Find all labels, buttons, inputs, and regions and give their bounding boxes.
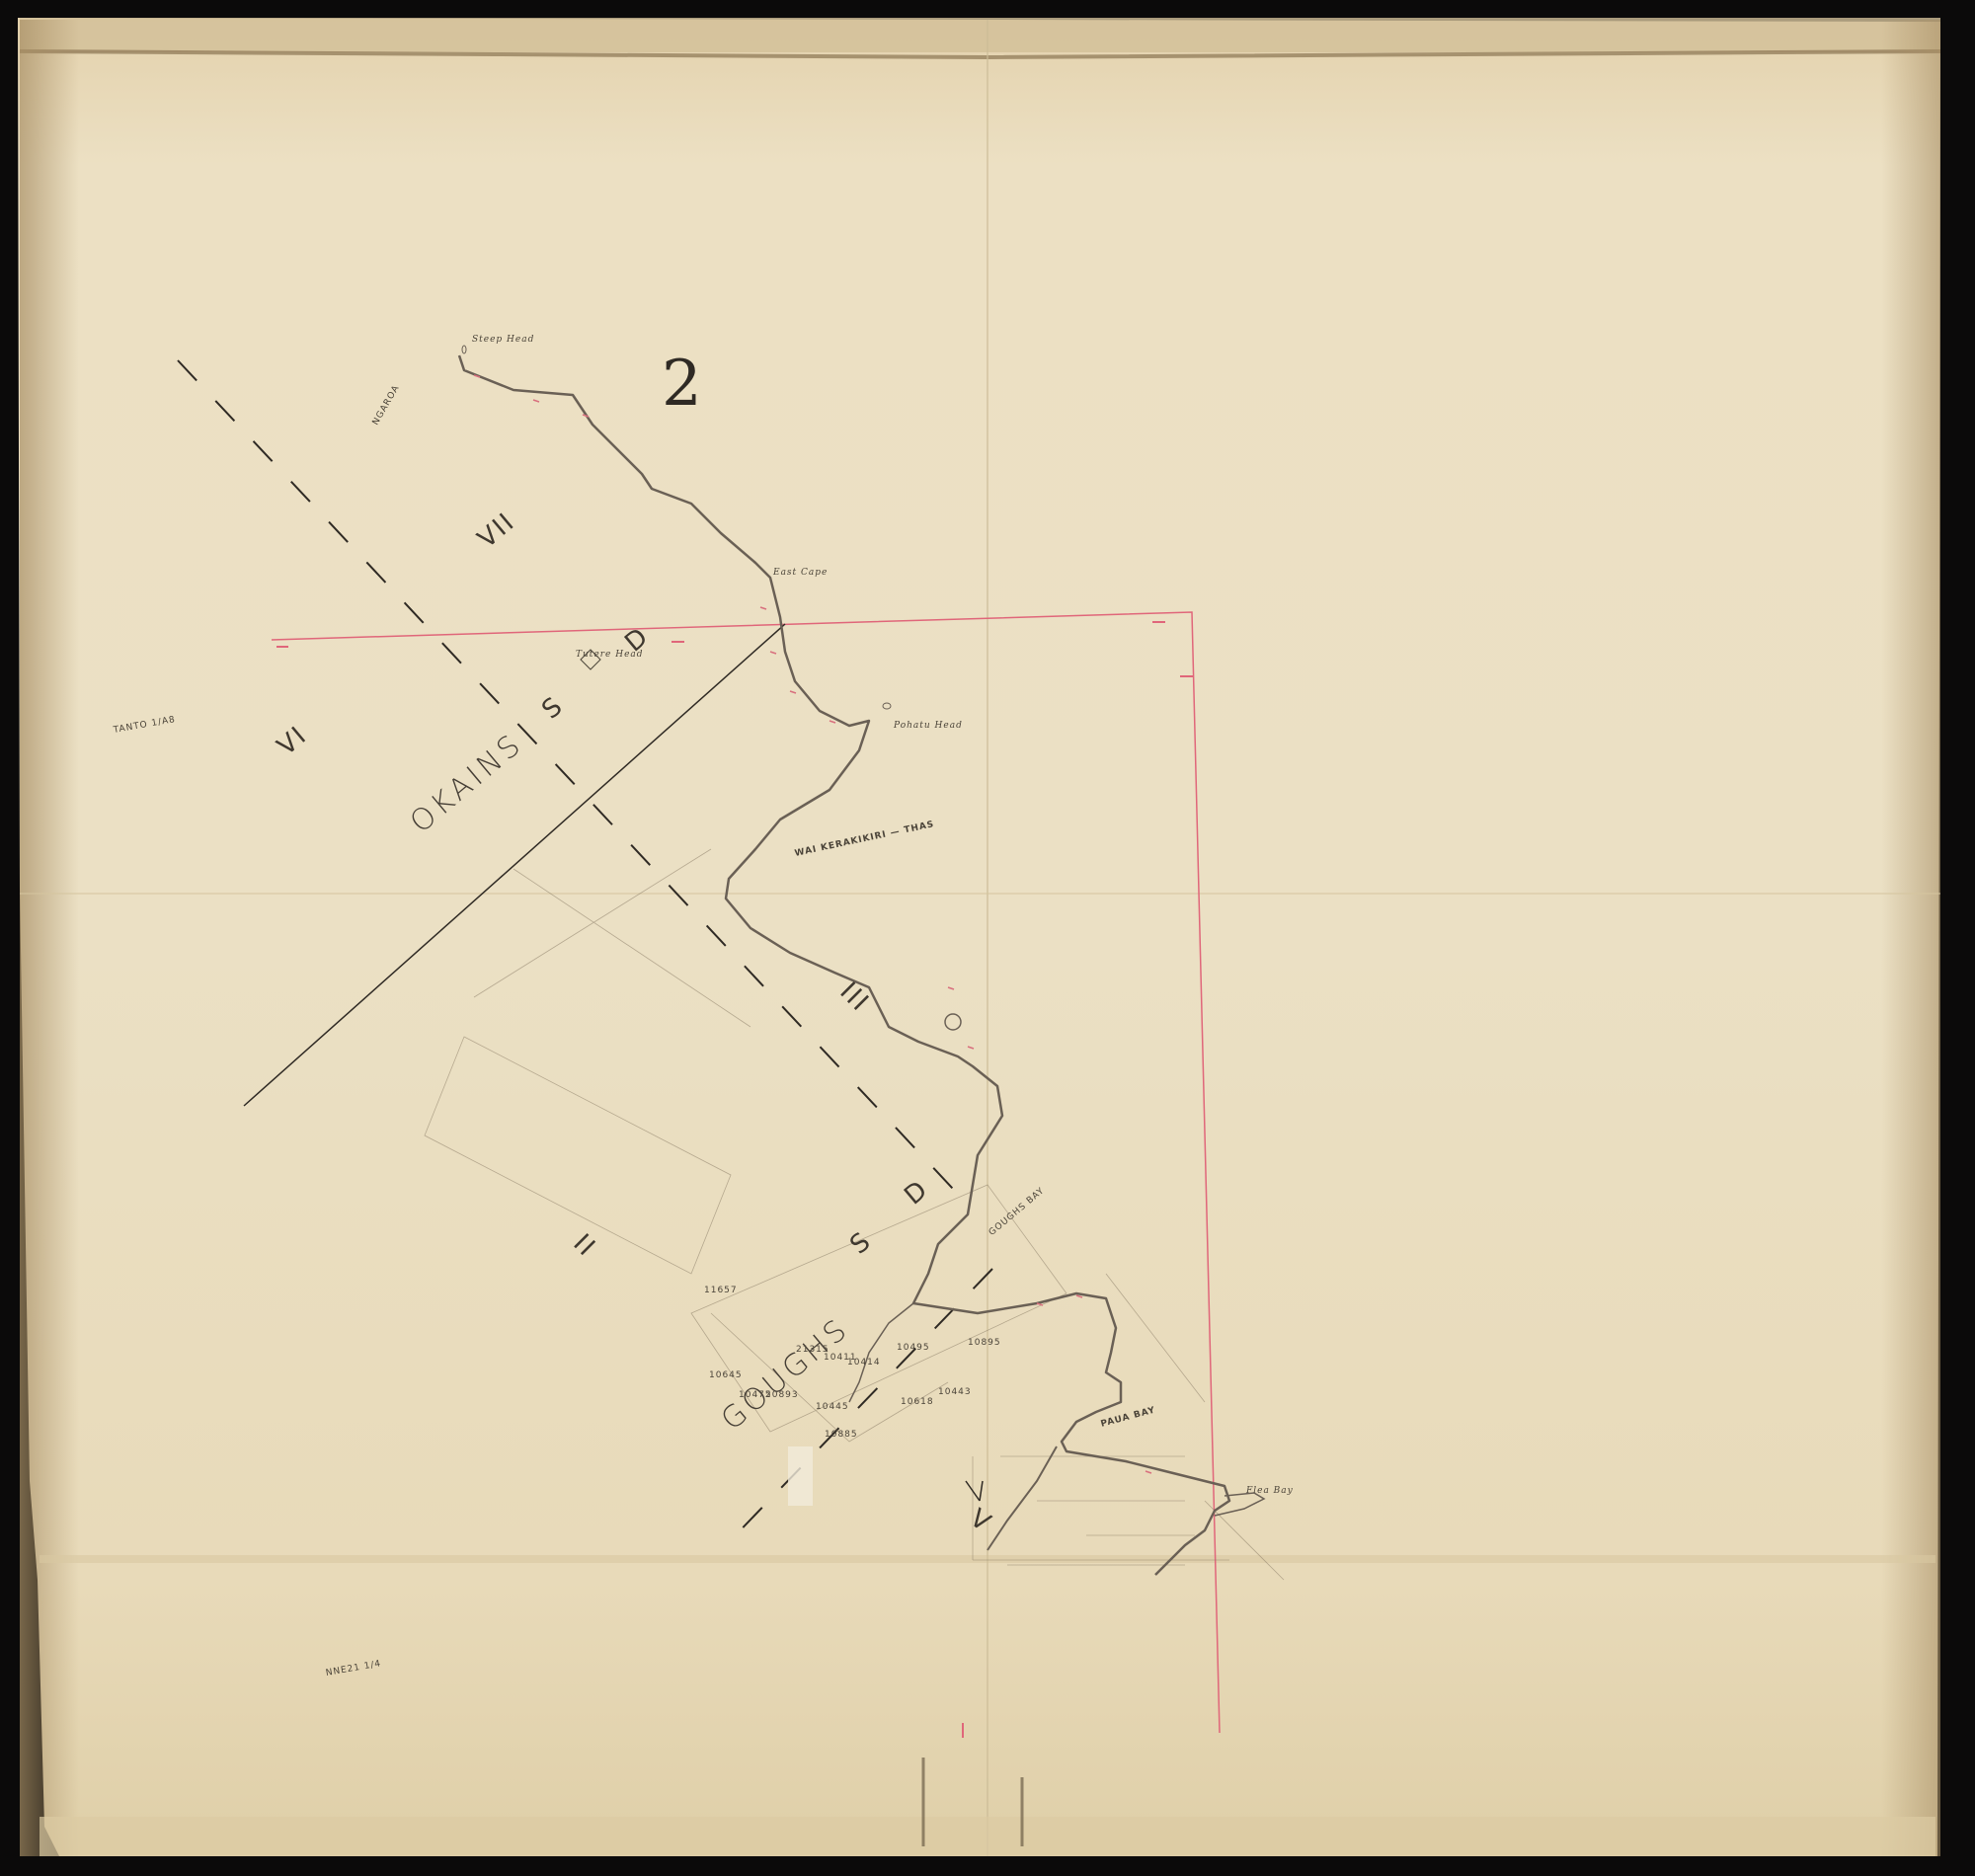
place-flea-bay: Flea Bay bbox=[1246, 1486, 1294, 1496]
section-number: 20893 bbox=[765, 1390, 799, 1400]
section-number: 10445 bbox=[816, 1402, 849, 1412]
section-number: 11657 bbox=[704, 1286, 738, 1295]
section-number: 10414 bbox=[847, 1358, 881, 1368]
top-fold-strip bbox=[20, 18, 1940, 52]
place-tutere-head: Tutere Head bbox=[576, 650, 644, 660]
right-edge-stain bbox=[1881, 20, 1940, 1856]
section-number: 10645 bbox=[709, 1370, 743, 1380]
paper-sheet bbox=[18, 18, 1940, 1856]
section-number: 10618 bbox=[901, 1397, 934, 1407]
bottom-fold-strip bbox=[39, 1817, 1935, 1856]
place-pohatu-head: Pohatu Head bbox=[894, 721, 963, 731]
section-number: 10443 bbox=[938, 1387, 972, 1397]
section-number: 10495 bbox=[897, 1343, 930, 1353]
section-number: 10895 bbox=[968, 1338, 1001, 1348]
place-steep-head: Steep Head bbox=[472, 335, 534, 345]
section-number: 10885 bbox=[825, 1430, 858, 1440]
map-sheet bbox=[0, 0, 1975, 1876]
left-edge-stain bbox=[20, 20, 79, 1856]
place-east-cape: East Cape bbox=[773, 568, 828, 578]
sheet-number: 2 bbox=[662, 348, 702, 421]
erasure-mark bbox=[788, 1446, 813, 1506]
